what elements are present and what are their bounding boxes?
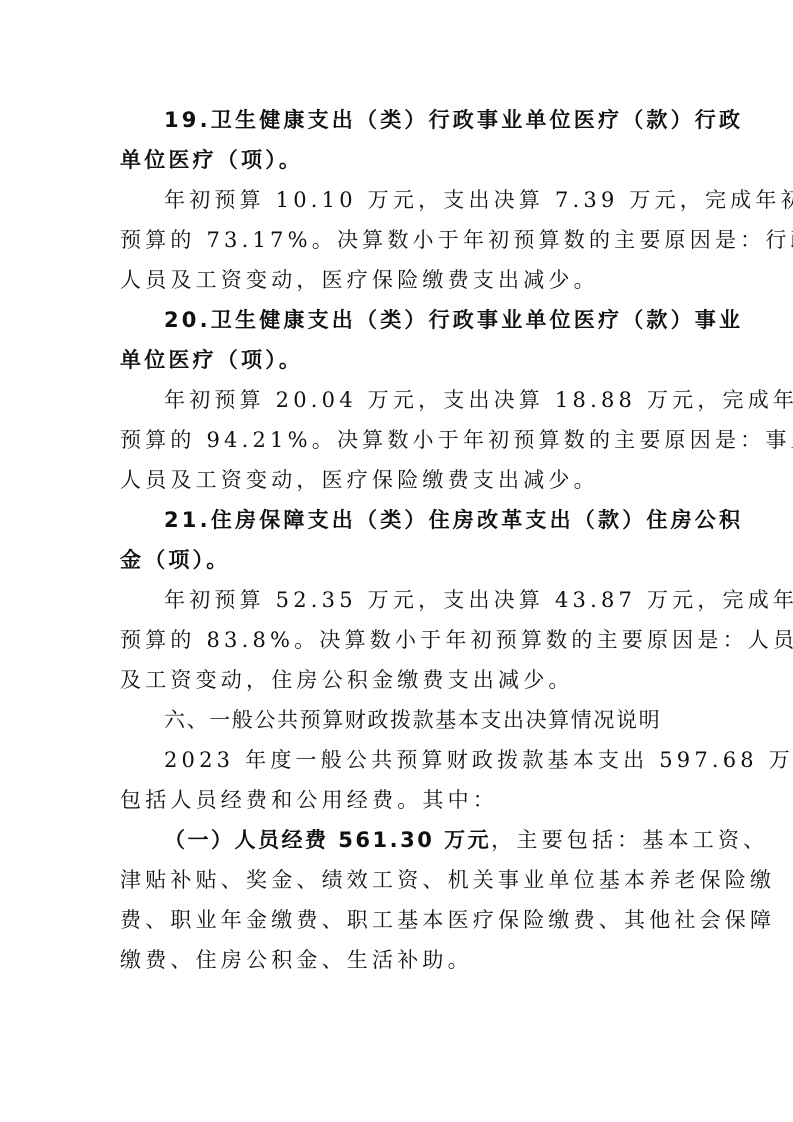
item-19: 19.卫生健康支出（类）行政事业单位医疗（款）行政 单位医疗（项）。 年初预算 … xyxy=(120,100,674,300)
personnel-expense-line-4: 缴费、住房公积金、生活补助。 xyxy=(120,940,674,980)
item-20-body-line-3: 人员及工资变动，医疗保险缴费支出减少。 xyxy=(120,460,674,500)
item-21-heading-line-1: 21.住房保障支出（类）住房改革支出（款）住房公积 xyxy=(120,500,674,540)
item-20: 20.卫生健康支出（类）行政事业单位医疗（款）事业 单位医疗（项）。 年初预算 … xyxy=(120,300,674,500)
section-6-intro-line-1: 2023 年度一般公共预算财政拨款基本支出 597.68 万元， xyxy=(120,740,674,780)
item-19-heading-line-2: 单位医疗（项）。 xyxy=(120,140,674,180)
section-6: 六、一般公共预算财政拨款基本支出决算情况说明 2023 年度一般公共预算财政拨款… xyxy=(120,700,674,980)
item-19-body-line-2: 预算的 73.17%。决算数小于年初预算数的主要原因是：行政 xyxy=(120,220,674,260)
personnel-expense-label: （一）人员经费 561.30 万元 xyxy=(164,828,491,852)
section-6-intro-line-2: 包括人员经费和公用经费。其中： xyxy=(120,780,674,820)
item-20-body-line-1: 年初预算 20.04 万元，支出决算 18.88 万元，完成年初 xyxy=(120,380,674,420)
personnel-expense-line-2: 津贴补贴、奖金、绩效工资、机关事业单位基本养老保险缴 xyxy=(120,860,674,900)
item-20-heading-line-1: 20.卫生健康支出（类）行政事业单位医疗（款）事业 xyxy=(120,300,674,340)
section-6-title: 六、一般公共预算财政拨款基本支出决算情况说明 xyxy=(120,700,674,740)
item-19-heading-line-1: 19.卫生健康支出（类）行政事业单位医疗（款）行政 xyxy=(120,100,674,140)
personnel-expense-line-3: 费、职业年金缴费、职工基本医疗保险缴费、其他社会保障 xyxy=(120,900,674,940)
document-page: 19.卫生健康支出（类）行政事业单位医疗（款）行政 单位医疗（项）。 年初预算 … xyxy=(120,100,674,980)
personnel-expense-first-line: （一）人员经费 561.30 万元，主要包括：基本工资、 xyxy=(120,820,674,860)
item-19-body-line-1: 年初预算 10.10 万元，支出决算 7.39 万元，完成年初 xyxy=(120,180,674,220)
item-21-body-line-3: 及工资变动，住房公积金缴费支出减少。 xyxy=(120,660,674,700)
item-21-body-line-2: 预算的 83.8%。决算数小于年初预算数的主要原因是：人员 xyxy=(120,620,674,660)
item-21-body-line-1: 年初预算 52.35 万元，支出决算 43.87 万元，完成年初 xyxy=(120,580,674,620)
item-20-heading-line-2: 单位医疗（项）。 xyxy=(120,340,674,380)
item-19-body-line-3: 人员及工资变动，医疗保险缴费支出减少。 xyxy=(120,260,674,300)
item-21: 21.住房保障支出（类）住房改革支出（款）住房公积 金（项）。 年初预算 52.… xyxy=(120,500,674,700)
personnel-expense-intro: ，主要包括：基本工资、 xyxy=(491,828,768,852)
item-21-heading-line-2: 金（项）。 xyxy=(120,540,674,580)
item-20-body-line-2: 预算的 94.21%。决算数小于年初预算数的主要原因是：事业 xyxy=(120,420,674,460)
